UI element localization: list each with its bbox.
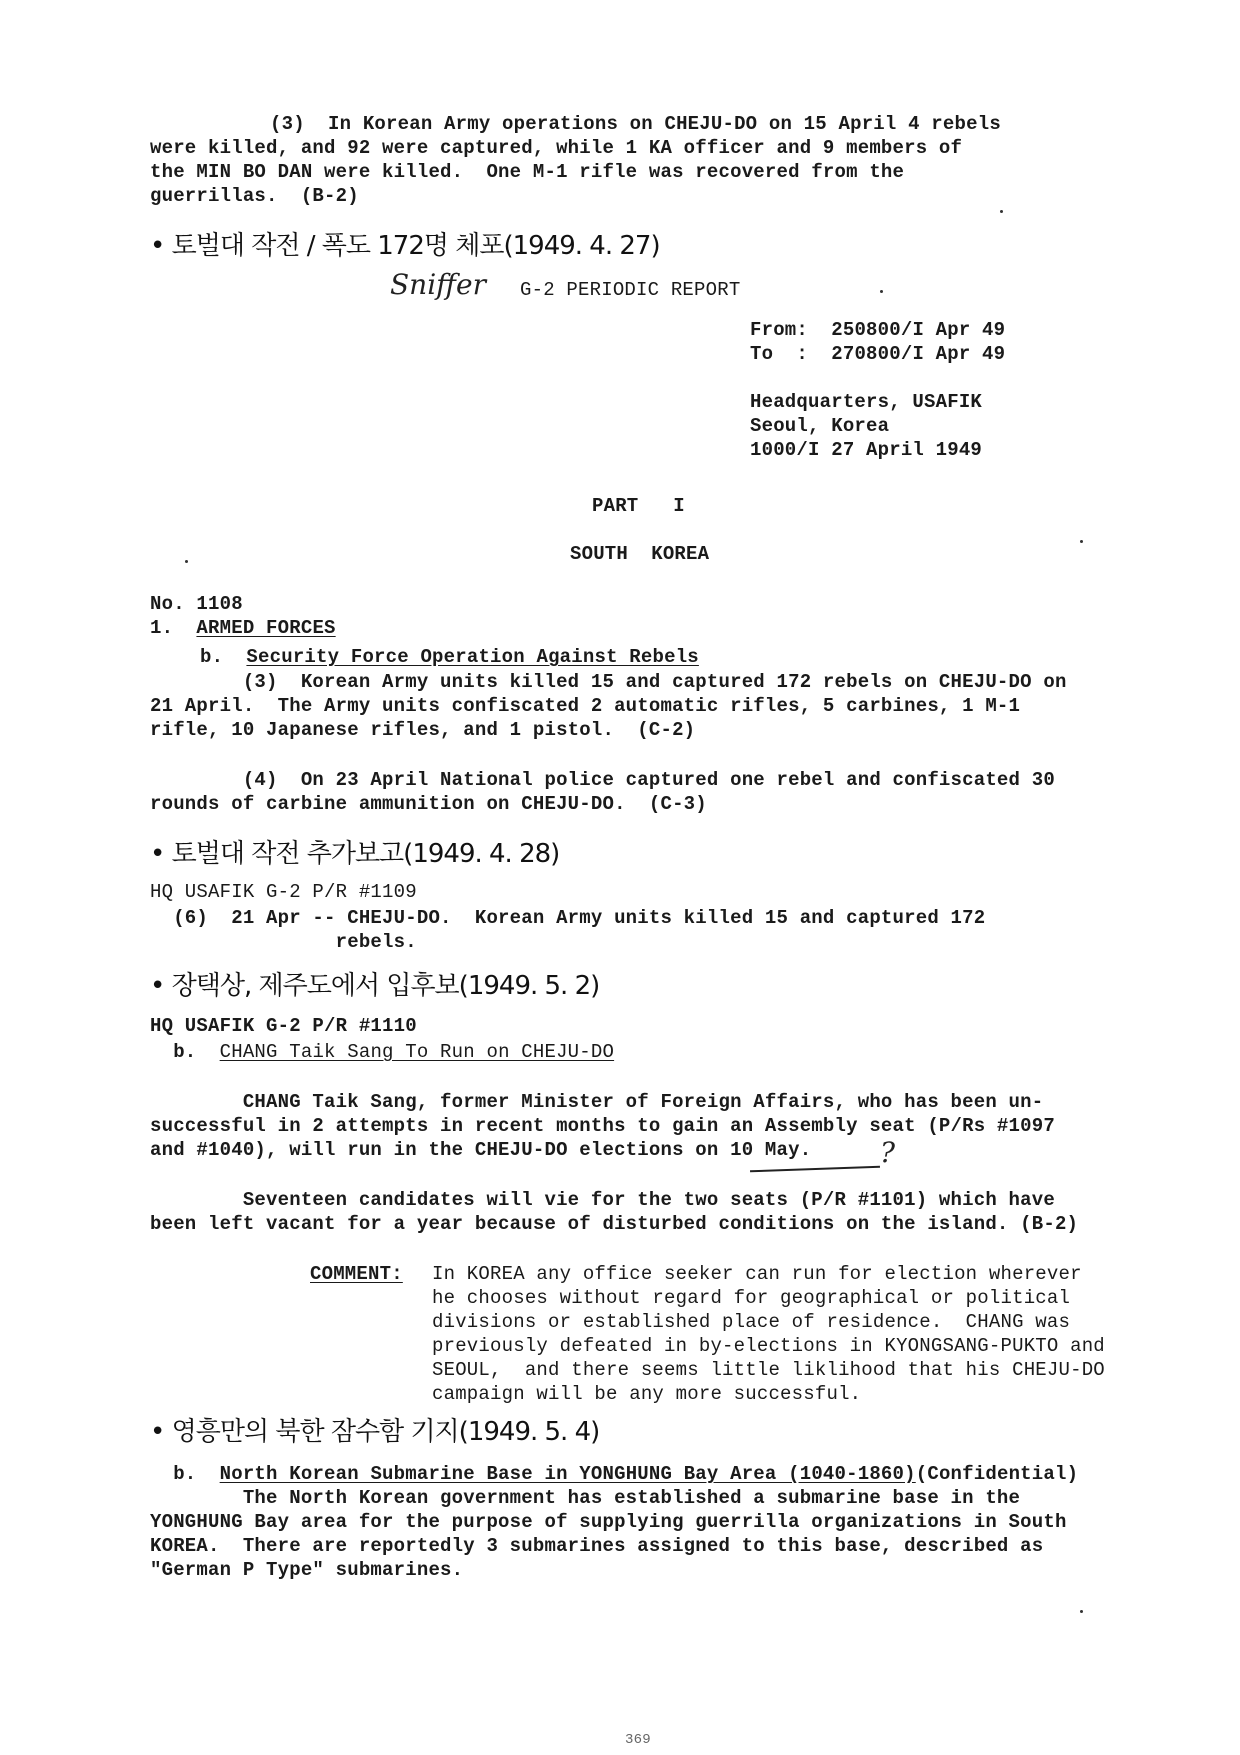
page-number: 369 (625, 1728, 651, 1752)
classification: (Confidential) (916, 1463, 1078, 1485)
text-line: rebels. (150, 930, 417, 954)
comment-line: campaign will be any more successful. (432, 1382, 861, 1406)
text-line: (3) In Korean Army operations on CHEJU-D… (270, 112, 1001, 136)
subtopic-letter: b. (200, 646, 246, 668)
hq-datetime: 1000/I 27 April 1949 (750, 438, 982, 462)
text-line: the MIN BO DAN were killed. One M-1 rifl… (150, 160, 904, 184)
text-line: The North Korean government has establis… (150, 1486, 1020, 1510)
from-line: From: 250800/I Apr 49 (750, 318, 1005, 342)
text-line: 21 April. The Army units confiscated 2 a… (150, 694, 1020, 718)
text-line: (6) 21 Apr -- CHEJU-DO. Korean Army unit… (150, 906, 985, 930)
text-line: YONGHUNG Bay area for the purpose of sup… (150, 1510, 1067, 1534)
scan-speck (1000, 210, 1003, 213)
subtopic-letter: b. (150, 1463, 220, 1485)
to-label: To : (750, 343, 808, 365)
korean-section-heading: • 장택상, 제주도에서 입후보(1949. 5. 2) (150, 970, 599, 1002)
text-line: KOREA. There are reportedly 3 submarines… (150, 1534, 1043, 1558)
korean-section-heading: • 토벌대 작전 / 폭도 172명 체포(1949. 4. 27) (150, 230, 660, 262)
subtopic-letter: b. (150, 1041, 220, 1063)
text-line: successful in 2 attempts in recent month… (150, 1114, 1055, 1138)
to-line: To : 270800/I Apr 49 (750, 342, 1005, 366)
hq-location: Seoul, Korea (750, 414, 889, 438)
scan-speck (1080, 540, 1083, 543)
comment-line: In KOREA any office seeker can run for e… (432, 1262, 1082, 1286)
text-line: (3) Korean Army units killed 15 and capt… (150, 670, 1067, 694)
text-line: (4) On 23 April National police captured… (150, 768, 1055, 792)
comment-line: divisions or established place of reside… (432, 1310, 1070, 1334)
text-line: guerrillas. (B-2) (150, 184, 359, 208)
report-number: No. 1108 (150, 592, 243, 616)
handwritten-signature: Sniffer (390, 268, 486, 301)
text-line: been left vacant for a year because of d… (150, 1212, 1078, 1236)
report-reference: HQ USAFIK G-2 P/R #1110 (150, 1014, 417, 1038)
scan-speck (1080, 1610, 1083, 1613)
comment-line: SEOUL, and there seems little liklihood … (432, 1358, 1105, 1382)
text-line: Seventeen candidates will vie for the tw… (150, 1188, 1055, 1212)
comment-line: he chooses without regard for geographic… (432, 1286, 1070, 1310)
to-value: 270800/I Apr 49 (831, 343, 1005, 365)
scan-speck (880, 290, 883, 293)
from-label: From: (750, 319, 808, 341)
handwritten-underline (750, 1166, 880, 1173)
topic-number: 1. (150, 617, 196, 639)
text-line: CHANG Taik Sang, former Minister of Fore… (150, 1090, 1043, 1114)
hq-line: Headquarters, USAFIK (750, 390, 982, 414)
from-value: 250800/I Apr 49 (831, 319, 1005, 341)
subtopic-line: b. CHANG Taik Sang To Run on CHEJU-DO (150, 1040, 614, 1064)
text-line: rifle, 10 Japanese rifles, and 1 pistol.… (150, 718, 695, 742)
comment-label: COMMENT: (310, 1262, 403, 1286)
subtopic-line: b. Security Force Operation Against Rebe… (200, 645, 699, 669)
subtopic-title: Security Force Operation Against Rebels (246, 646, 698, 668)
topic-line: 1. ARMED FORCES (150, 616, 336, 640)
comment-line: previously defeated in by-elections in K… (432, 1334, 1105, 1358)
text-line: rounds of carbine ammunition on CHEJU-DO… (150, 792, 707, 816)
subtopic-line: b. North Korean Submarine Base in YONGHU… (150, 1462, 1078, 1486)
korean-section-heading: • 영흥만의 북한 잠수함 기지(1949. 5. 4) (150, 1416, 599, 1448)
report-title: G-2 PERIODIC REPORT (520, 278, 740, 302)
region-heading: SOUTH KOREA (570, 542, 709, 566)
subtopic-title: North Korean Submarine Base in YONGHUNG … (220, 1463, 916, 1485)
comment-label-text: COMMENT: (310, 1263, 403, 1285)
report-reference: HQ USAFIK G-2 P/R #1109 (150, 880, 417, 904)
subtopic-title: CHANG Taik Sang To Run on CHEJU-DO (220, 1041, 614, 1063)
korean-section-heading: • 토벌대 작전 추가보고(1949. 4. 28) (150, 838, 559, 870)
text-line: were killed, and 92 were captured, while… (150, 136, 962, 160)
scan-speck (185, 560, 188, 563)
text-line: and #1040), will run in the CHEJU-DO ele… (150, 1138, 811, 1162)
topic-title: ARMED FORCES (196, 617, 335, 639)
text-line: "German P Type" submarines. (150, 1558, 463, 1582)
handwritten-question-mark: ? (880, 1136, 895, 1169)
part-heading: PART I (592, 494, 685, 518)
